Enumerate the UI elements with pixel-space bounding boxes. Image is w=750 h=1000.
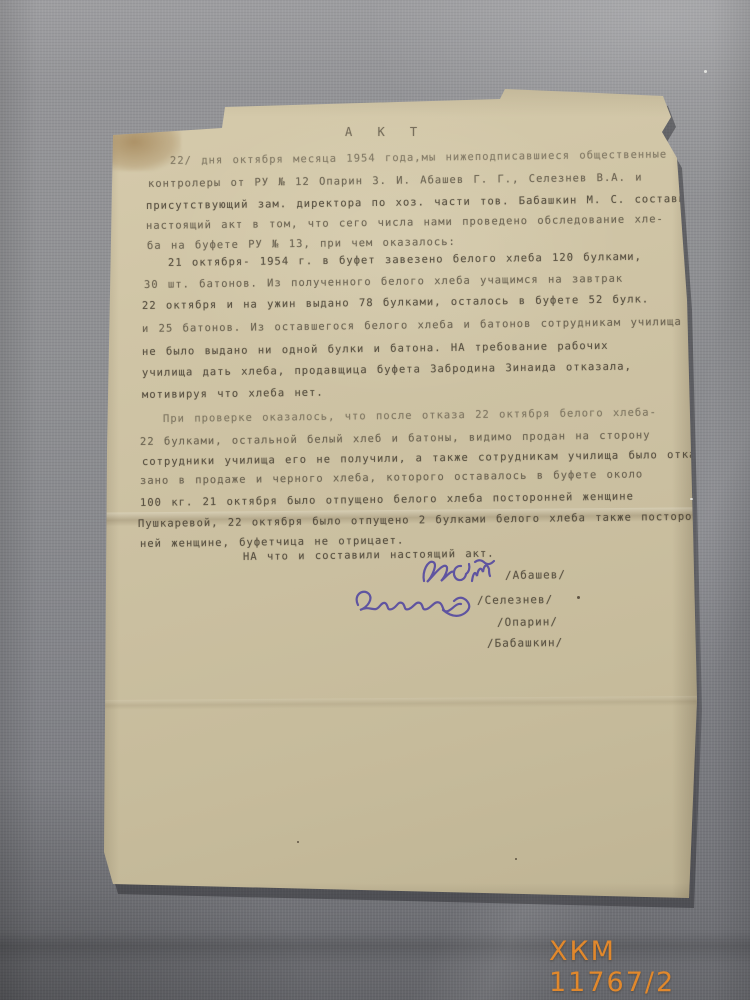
document-line: училища дать хлеба, продавщица буфета За… [142, 361, 632, 379]
dust-speck [690, 498, 693, 500]
typed-text-layer: А К Т 22/ дня октября месяца 1954 года,м… [97, 83, 698, 913]
signature-typed-name: /Селезнев/ [477, 593, 553, 607]
document-line: зано в продаже и черного хлеба, которого… [140, 468, 643, 487]
document-line: контролеры от РУ № 12 Опарин З. И. Абаше… [148, 172, 643, 190]
document-line: 22 булками, остальной белый хлеб и батон… [140, 429, 651, 448]
document-line: 22 октября и на ужин выдано 78 булками, … [142, 293, 649, 312]
document-paper: А К Т 22/ дня октября месяца 1954 года,м… [97, 83, 698, 913]
document-line: 30 шт. батонов. Из полученного белого хл… [144, 273, 623, 291]
document-line: 21 октября- 1954 г. в буфет завезено бел… [168, 251, 642, 269]
signature-ink-abashev [418, 555, 506, 589]
document-line: При проверке оказалось, что после отказа… [163, 407, 657, 425]
document-line: Пушкаревой, 22 октября было отпущено 2 б… [138, 511, 707, 530]
photograph-of-document: А К Т 22/ дня октября месяца 1954 года,м… [0, 0, 750, 1000]
document-line: мотивируя что хлеба нет. [142, 387, 324, 401]
document-title: А К Т [345, 125, 426, 139]
document-line: не было выдано ни одной булки и батона. … [142, 340, 609, 358]
document-line: ней женщине, буфетчица не отрицает. [140, 535, 404, 550]
catalog-number-label: ХКМ 11767/2 [549, 936, 750, 998]
signature-typed-name: /Абашев/ [505, 568, 566, 582]
signature-typed-name: /Бабашкин/ [487, 636, 563, 650]
document-line: 22/ дня октября месяца 1954 года,мы ниже… [170, 148, 667, 167]
document-line: и 25 батонов. Из оставшегося белого хлеб… [142, 316, 682, 335]
document-line: 100 кг. 21 октября было отпущено белого … [140, 491, 634, 509]
dust-speck [704, 70, 707, 73]
signature-typed-name: /Опарин/ [497, 615, 558, 629]
document-line: присутствующий зам. директора по хоз. ча… [146, 193, 701, 212]
document-line: сотрудники училища его не получили, а та… [142, 449, 704, 468]
document-line: ба на буфете РУ № 13, при чем оказалось: [147, 236, 456, 252]
signature-ink-seleznev [346, 585, 478, 621]
document-line: настоящий акт в том, что сего числа нами… [146, 213, 664, 232]
